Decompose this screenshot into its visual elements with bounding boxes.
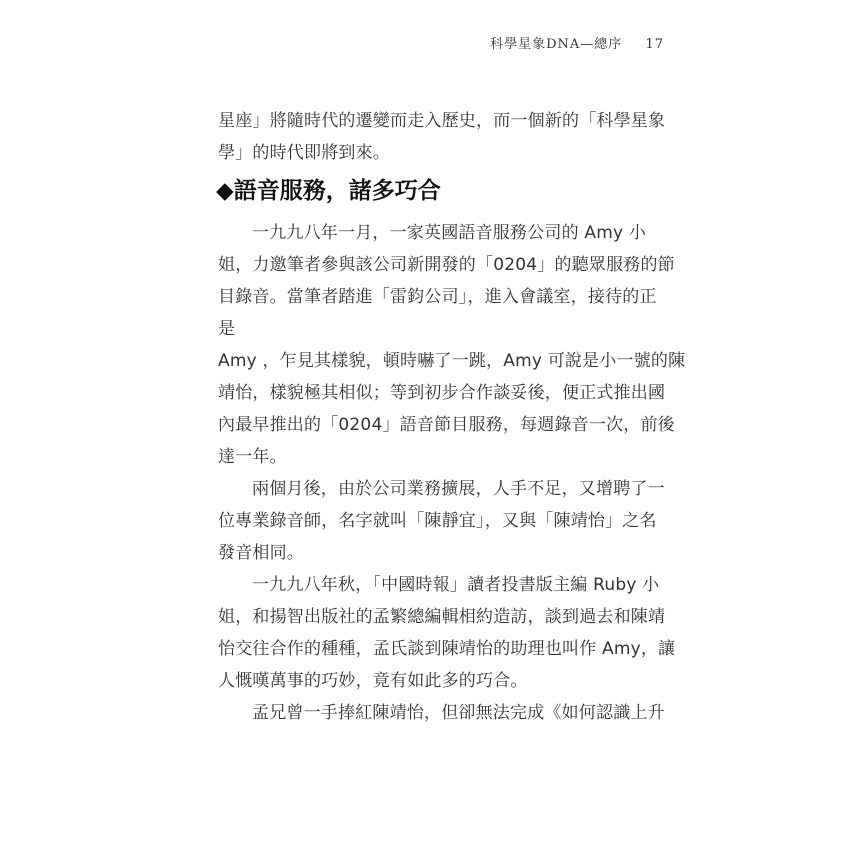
text-line: 怡交往合作的種種，孟氏談到陳靖怡的助理也叫作 Amy，讓 [218, 633, 643, 665]
text-line: 是 [218, 313, 643, 345]
text-line: 星座」將隨時代的遷變而走入歷史，而一個新的「科學星象 [218, 105, 643, 137]
text-line: 位專業錄音師，名字就叫「陳靜宜」，又與「陳靖怡」之名 [218, 505, 643, 537]
text-line: 兩個月後，由於公司業務擴展，人手不足，又增聘了一 [218, 473, 643, 505]
text-line: 靖怡，樣貌極其相似；等到初步合作談妥後，便正式推出國 [218, 377, 643, 409]
text-line: 內最早推出的「0204」語音節目服務，每週錄音一次，前後 [218, 409, 643, 441]
text-line: 學」的時代即將到來。 [218, 137, 643, 169]
text-line: 一九九八年一月，一家英國語音服務公司的 Amy 小 [218, 217, 643, 249]
text-line: 人慨嘆萬事的巧妙，竟有如此多的巧合。 [218, 665, 643, 697]
running-title: 科學星象DNA—總序 [490, 37, 622, 52]
text-line: 達一年。 [218, 441, 643, 473]
text-line: 一九九八年秋，「中國時報」讀者投書版主編 Ruby 小 [218, 569, 643, 601]
text-line: Amy ，乍見其樣貌，頓時嚇了一跳，Amy 可說是小一號的陳 [218, 345, 643, 377]
paragraph-3: 一九九八年秋，「中國時報」讀者投書版主編 Ruby 小 姐，和揚智出版社的孟繁總… [218, 569, 643, 697]
text-line: 發音相同。 [218, 537, 643, 569]
paragraph-1: 一九九八年一月，一家英國語音服務公司的 Amy 小 姐，力邀筆者參與該公司新開發… [218, 217, 643, 473]
page-body: 星座」將隨時代的遷變而走入歷史，而一個新的「科學星象 學」的時代即將到來。 ◆語… [218, 105, 643, 729]
section-heading: ◆語音服務，諸多巧合 [216, 169, 643, 213]
paragraph-4: 孟兄曾一手捧紅陳靖怡，但卻無法完成《如何認識上升 [218, 697, 643, 729]
text-line: 目錄音。當筆者踏進「雷鈞公司」，進入會議室，接待的正 [218, 281, 643, 313]
paragraph-2: 兩個月後，由於公司業務擴展，人手不足，又增聘了一 位專業錄音師，名字就叫「陳靜宜… [218, 473, 643, 569]
text-line: 姐，和揚智出版社的孟繁總編輯相約造訪，談到過去和陳靖 [218, 601, 643, 633]
page-number: 17 [645, 37, 664, 52]
text-line: 姐，力邀筆者參與該公司新開發的「0204」的聽眾服務的節 [218, 249, 643, 281]
running-header: 科學星象DNA—總序 17 [490, 33, 664, 52]
text-line: 孟兄曾一手捧紅陳靖怡，但卻無法完成《如何認識上升 [218, 697, 643, 729]
